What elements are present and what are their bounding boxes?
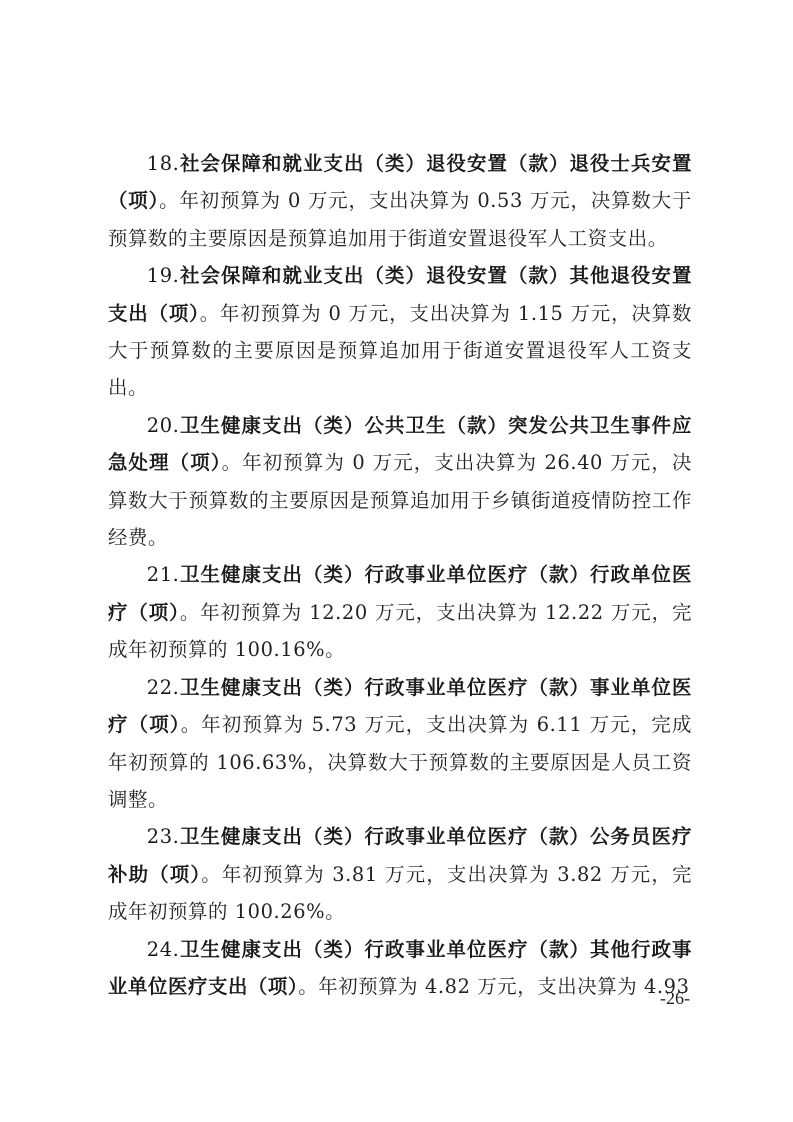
paragraph-body: 。年初预算为 5.73 万元，支出决算为 6.11 万元，完成年初预算的 106… (108, 713, 692, 811)
paragraph-number: 24. (147, 938, 180, 961)
paragraph-number: 21. (147, 563, 180, 586)
paragraph-21: 21.卫生健康支出（类）行政事业单位医疗（款）行政单位医疗（项）。年初预算为 1… (108, 556, 692, 668)
paragraph-20: 20.卫生健康支出（类）公共卫生（款）突发公共卫生事件应急处理（项）。年初预算为… (108, 407, 692, 557)
document-page: 18.社会保障和就业支出（类）退役安置（款）退役士兵安置（项）。年初预算为 0 … (108, 145, 692, 1005)
paragraph-number: 20. (147, 414, 180, 437)
paragraph-22: 22.卫生健康支出（类）行政事业单位医疗（款）事业单位医疗（项）。年初预算为 5… (108, 669, 692, 819)
paragraph-number: 23. (147, 825, 180, 848)
paragraph-number: 19. (147, 264, 180, 287)
page-number: -26- (660, 988, 690, 1009)
paragraph-23: 23.卫生健康支出（类）行政事业单位医疗（款）公务员医疗补助（项）。年初预算为 … (108, 818, 692, 930)
paragraph-body: 。年初预算为 4.82 万元，支出决算为 4.93 (298, 975, 689, 998)
paragraph-18: 18.社会保障和就业支出（类）退役安置（款）退役士兵安置（项）。年初预算为 0 … (108, 145, 692, 257)
paragraph-19: 19.社会保障和就业支出（类）退役安置（款）其他退役安置支出（项）。年初预算为 … (108, 257, 692, 407)
paragraph-body: 。年初预算为 0 万元，支出决算为 0.53 万元，决算数大于预算数的主要原因是… (108, 189, 692, 249)
paragraph-24: 24.卫生健康支出（类）行政事业单位医疗（款）其他行政事业单位医疗支出（项）。年… (108, 931, 692, 1006)
paragraph-body: 。年初预算为 12.20 万元，支出决算为 12.22 万元，完成年初预算的 1… (108, 601, 692, 661)
paragraph-number: 18. (147, 152, 180, 175)
paragraph-number: 22. (147, 676, 180, 699)
